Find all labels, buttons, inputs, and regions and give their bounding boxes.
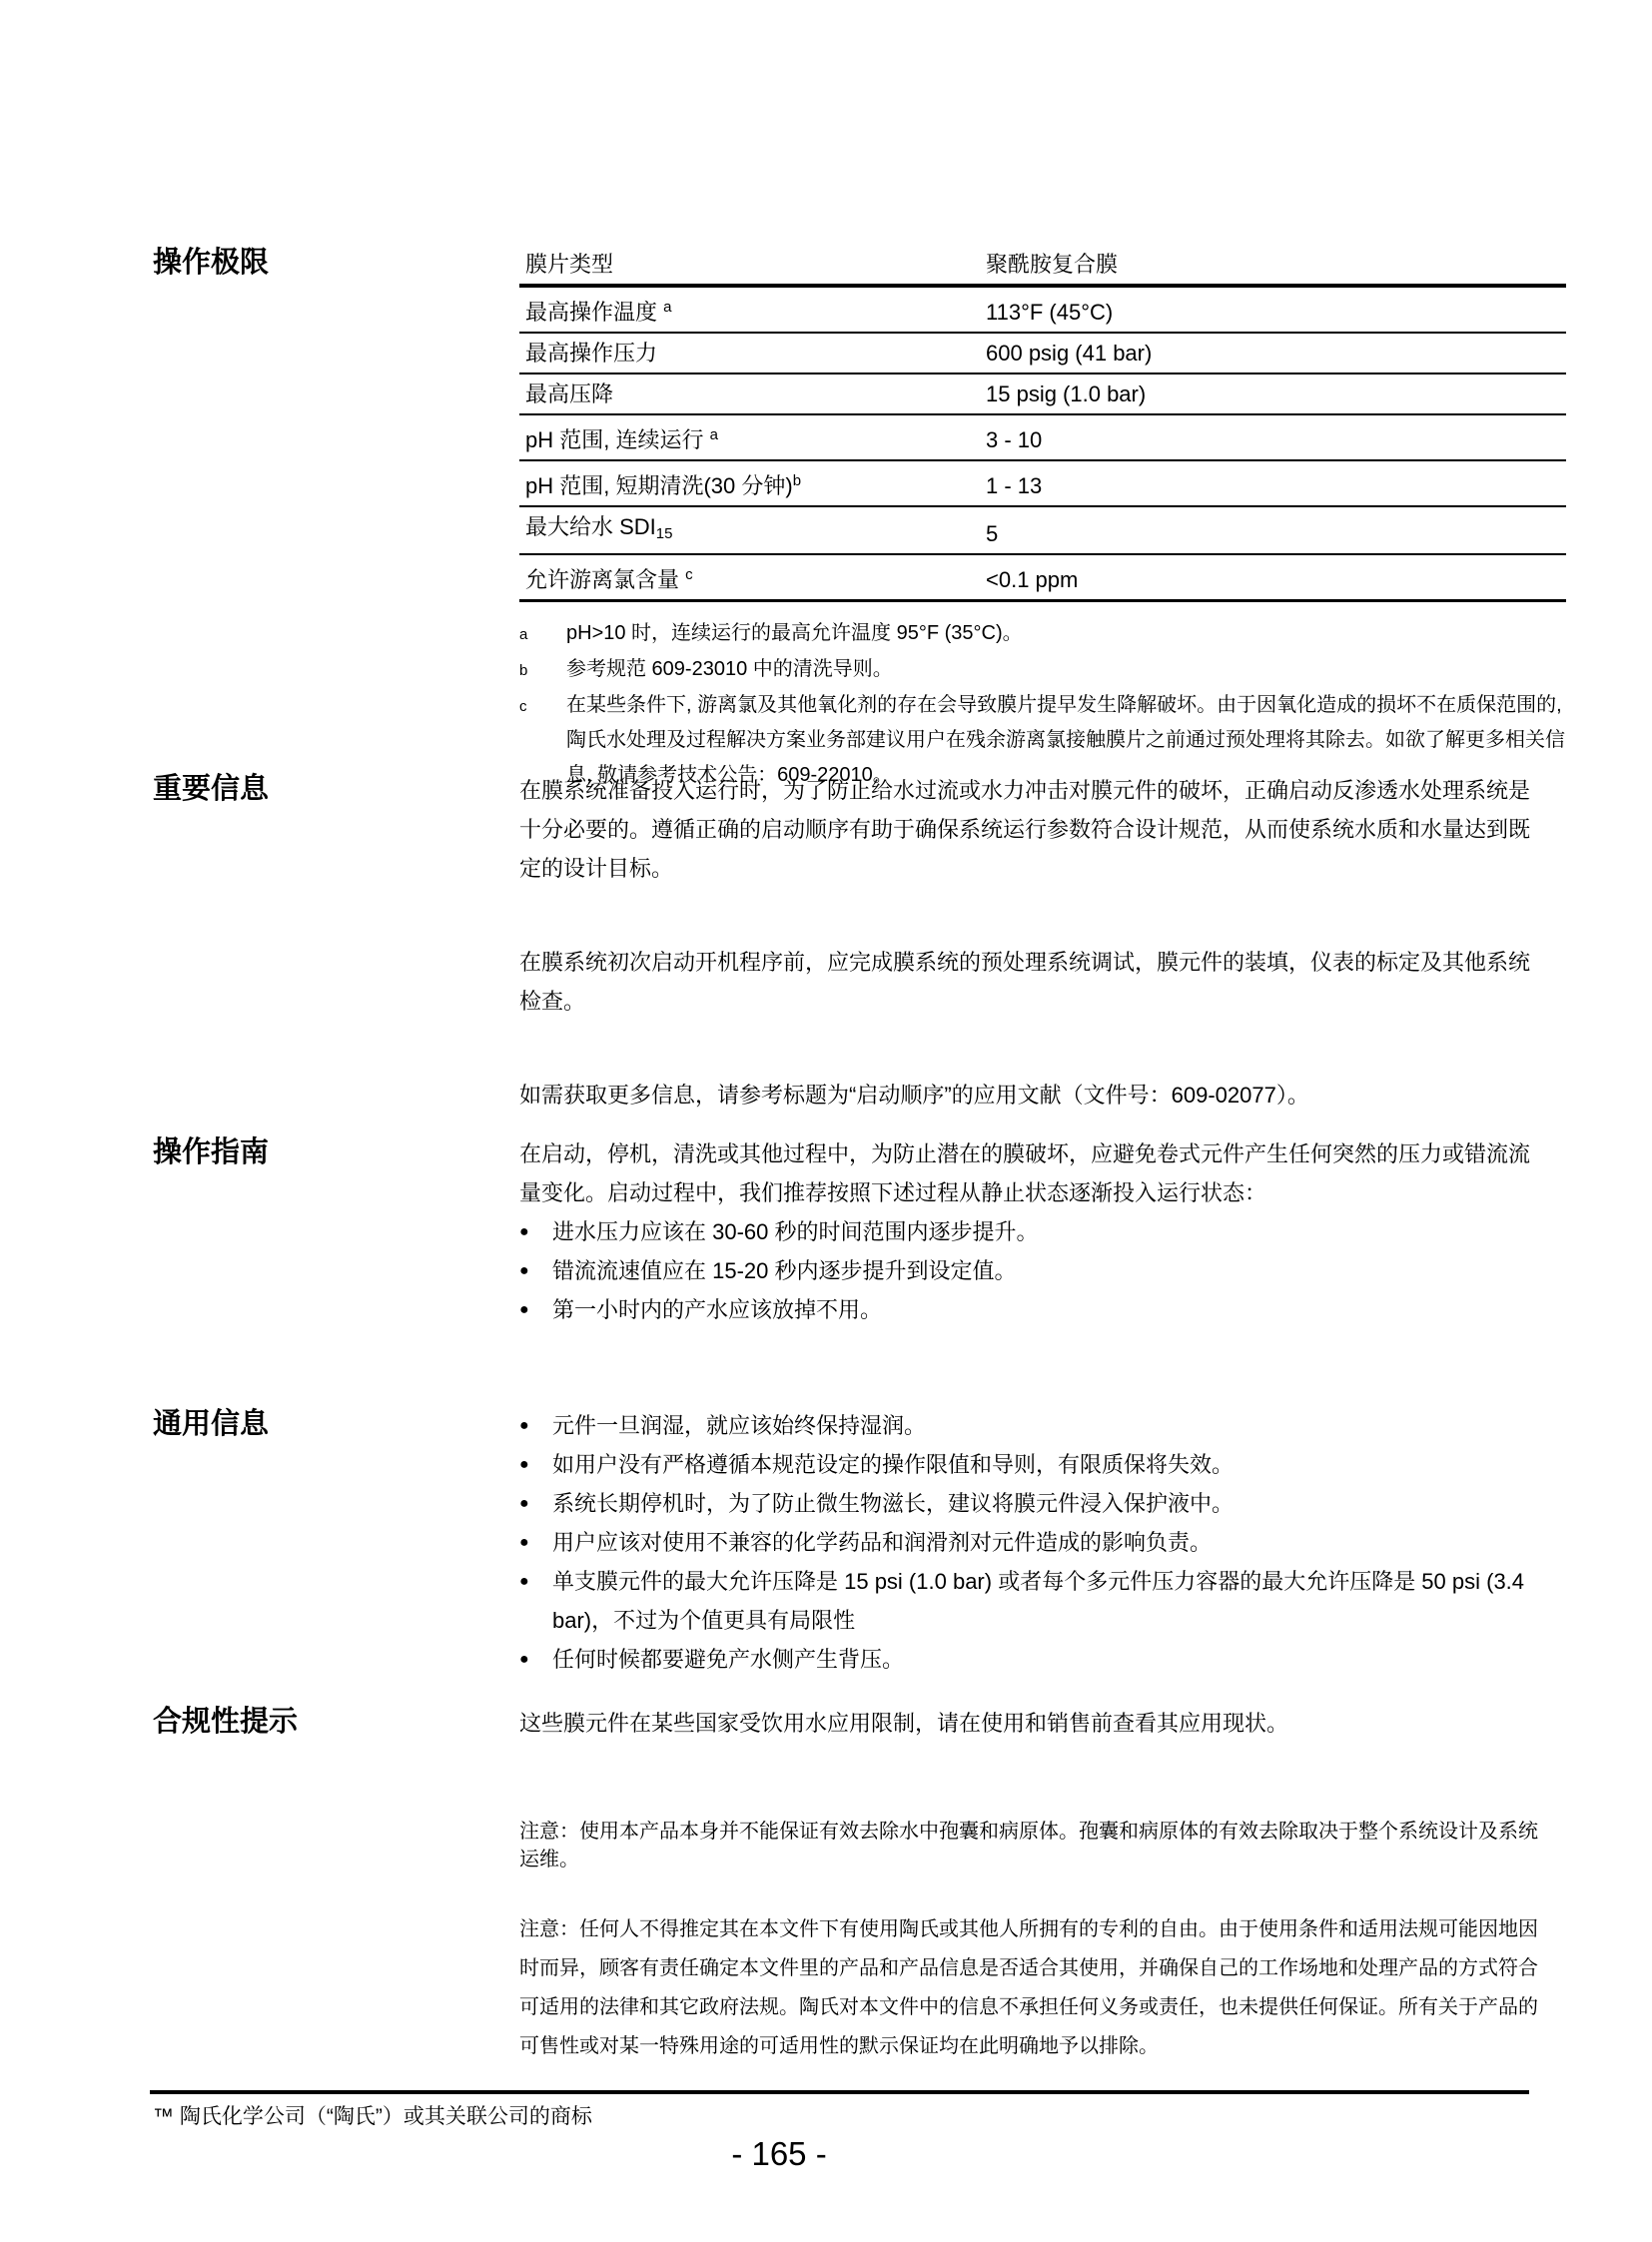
section-operating-limits: 操作极限 膜片类型 聚酰胺复合膜 最高操作温度 a 113°F (45°C) 最… xyxy=(153,245,1566,793)
row-value: 3 - 10 xyxy=(980,414,1566,460)
list-item: ● 系统长期停机时，为了防止微生物滋长，建议将膜元件浸入保护液中。 xyxy=(519,1484,1558,1523)
row-value: <0.1 ppm xyxy=(980,554,1566,601)
important-info-content: 在膜系统准备投入运行时，为了防止给水过流或水力冲击对膜元件的破坏，正确启动反渗透… xyxy=(519,771,1548,1115)
list-item: ● 如用户没有严格遵循本规范设定的操作限值和导则，有限质保将失效。 xyxy=(519,1445,1558,1484)
table-row: 最高压降 15 psig (1.0 bar) xyxy=(519,374,1566,414)
row-value: 1 - 13 xyxy=(980,460,1566,506)
bullet-icon: ● xyxy=(519,1445,552,1484)
compliance-text: 这些膜元件在某些国家受饮用水应用限制，请在使用和销售前查看其应用现状。 xyxy=(519,1704,1548,1743)
row-value: 5 xyxy=(980,506,1566,554)
document-page: 操作极限 膜片类型 聚酰胺复合膜 最高操作温度 a 113°F (45°C) 最… xyxy=(0,0,1652,2242)
row-label: pH 范围, 短期清洗(30 分钟)b xyxy=(519,460,980,506)
row-label: 最高压降 xyxy=(519,374,980,414)
list-item: ● 错流流速值应在 15-20 秒内逐步提升到设定值。 xyxy=(519,1251,1558,1290)
section-heading-important-info: 重要信息 xyxy=(153,771,519,807)
row-value: 15 psig (1.0 bar) xyxy=(980,374,1566,414)
section-compliance: 合规性提示 这些膜元件在某些国家受饮用水应用限制，请在使用和销售前查看其应用现状… xyxy=(153,1704,1566,1743)
footnote-ref: c xyxy=(685,566,693,583)
row-label: 允许游离氯含量 c xyxy=(519,554,980,601)
section-important-info: 重要信息 在膜系统准备投入运行时，为了防止给水过流或水力冲击对膜元件的破坏，正确… xyxy=(153,771,1566,1115)
paragraph: 如需获取更多信息，请参考标题为“启动顺序”的应用文献（文件号：609-02077… xyxy=(519,1076,1548,1115)
bullet-icon: ● xyxy=(519,1251,552,1290)
bullet-icon: ● xyxy=(519,1212,552,1251)
row-value: 113°F (45°C) xyxy=(980,286,1566,333)
table-row-header: 膜片类型 聚酰胺复合膜 xyxy=(519,245,1566,286)
subscript: 15 xyxy=(656,525,673,542)
list-item: ● 第一小时内的产水应该放掉不用。 xyxy=(519,1290,1558,1329)
footnote-ref: a xyxy=(710,426,718,443)
table-row: 最高操作压力 600 psig (41 bar) xyxy=(519,333,1566,374)
list-item: ● 用户应该对使用不兼容的化学药品和润滑剂对元件造成的影响负责。 xyxy=(519,1523,1558,1562)
table-row: 最高操作温度 a 113°F (45°C) xyxy=(519,286,1566,333)
row-label: 最大给水 SDI15 xyxy=(519,506,980,554)
operating-guide-content: 在启动，停机，清洗或其他过程中，为防止潜在的膜破坏，应避免卷式元件产生任何突然的… xyxy=(519,1134,1566,1329)
list-item: ● 任何时候都要避免产水侧产生背压。 xyxy=(519,1640,1558,1679)
operating-limits-table: 膜片类型 聚酰胺复合膜 最高操作温度 a 113°F (45°C) 最高操作压力… xyxy=(519,245,1566,602)
table-header-value: 聚酰胺复合膜 xyxy=(980,245,1566,286)
bullet-icon: ● xyxy=(519,1523,552,1562)
bullet-icon: ● xyxy=(519,1290,552,1329)
section-heading-compliance: 合规性提示 xyxy=(153,1704,519,1740)
general-bullet-list: ● 元件一旦润湿，就应该始终保持湿润。 ● 如用户没有严格遵循本规范设定的操作限… xyxy=(519,1406,1558,1679)
page-number: - 165 - xyxy=(519,2135,1039,2173)
footnote-text: pH>10 时，连续运行的最高允许温度 95°F (35°C)。 xyxy=(566,616,1565,652)
table-row: 最大给水 SDI15 5 xyxy=(519,506,1566,554)
bullet-icon: ● xyxy=(519,1484,552,1523)
guide-bullet-list: ● 进水压力应该在 30-60 秒的时间范围内逐步提升。 ● 错流流速值应在 1… xyxy=(519,1212,1558,1329)
footnote-ref: a xyxy=(663,299,671,316)
bullet-icon: ● xyxy=(519,1640,552,1679)
section-heading-operating-limits: 操作极限 xyxy=(153,245,519,281)
section-heading-general-info: 通用信息 xyxy=(153,1406,519,1442)
footnote-marker: b xyxy=(519,652,566,688)
footnote-marker: a xyxy=(519,616,566,652)
footnote-ref: b xyxy=(793,472,801,489)
row-label: 最高操作压力 xyxy=(519,333,980,374)
list-item: ● 进水压力应该在 30-60 秒的时间范围内逐步提升。 xyxy=(519,1212,1558,1251)
legal-note-disclaimer: 注意：任何人不得推定其在本文件下有使用陶氏或其他人所拥有的专利的自由。由于使用条… xyxy=(519,1910,1550,2066)
guide-intro: 在启动，停机，清洗或其他过程中，为防止潜在的膜破坏，应避免卷式元件产生任何突然的… xyxy=(519,1134,1548,1212)
legal-note-pathogens: 注意：使用本产品本身并不能保证有效去除水中孢囊和病原体。孢囊和病原体的有效去除取… xyxy=(519,1818,1550,1873)
section-general-info: 通用信息 ● 元件一旦润湿，就应该始终保持湿润。 ● 如用户没有严格遵循本规范设… xyxy=(153,1406,1566,1679)
section-operating-guide: 操作指南 在启动，停机，清洗或其他过程中，为防止潜在的膜破坏，应避免卷式元件产生… xyxy=(153,1134,1566,1329)
row-label: 最高操作温度 a xyxy=(519,286,980,333)
footnote-a: a pH>10 时，连续运行的最高允许温度 95°F (35°C)。 xyxy=(519,616,1566,652)
bullet-icon: ● xyxy=(519,1562,552,1640)
list-item: ● 单支膜元件的最大允许压降是 15 psi (1.0 bar) 或者每个多元件… xyxy=(519,1562,1558,1640)
table-header-label: 膜片类型 xyxy=(519,245,980,286)
section-heading-operating-guide: 操作指南 xyxy=(153,1134,519,1170)
row-label: pH 范围, 连续运行 a xyxy=(519,414,980,460)
table-row: pH 范围, 连续运行 a 3 - 10 xyxy=(519,414,1566,460)
paragraph: 在膜系统初次启动开机程序前，应完成膜系统的预处理系统调试，膜元件的装填，仪表的标… xyxy=(519,943,1548,1021)
table-footnotes: a pH>10 时，连续运行的最高允许温度 95°F (35°C)。 b 参考规… xyxy=(519,616,1566,793)
footer-divider xyxy=(150,2090,1529,2094)
row-value: 600 psig (41 bar) xyxy=(980,333,1566,374)
footnote-text: 参考规范 609-23010 中的清洗导则。 xyxy=(566,652,1565,688)
operating-limits-content: 膜片类型 聚酰胺复合膜 最高操作温度 a 113°F (45°C) 最高操作压力… xyxy=(519,245,1566,793)
footer-trademark-text: ™ 陶氏化学公司（“陶氏”）或其关联公司的商标 xyxy=(153,2100,592,2130)
list-item: ● 元件一旦润湿，就应该始终保持湿润。 xyxy=(519,1406,1558,1445)
bullet-icon: ● xyxy=(519,1406,552,1445)
table-row: 允许游离氯含量 c <0.1 ppm xyxy=(519,554,1566,601)
paragraph: 在膜系统准备投入运行时，为了防止给水过流或水力冲击对膜元件的破坏，正确启动反渗透… xyxy=(519,771,1548,888)
table-row: pH 范围, 短期清洗(30 分钟)b 1 - 13 xyxy=(519,460,1566,506)
footnote-b: b 参考规范 609-23010 中的清洗导则。 xyxy=(519,652,1566,688)
